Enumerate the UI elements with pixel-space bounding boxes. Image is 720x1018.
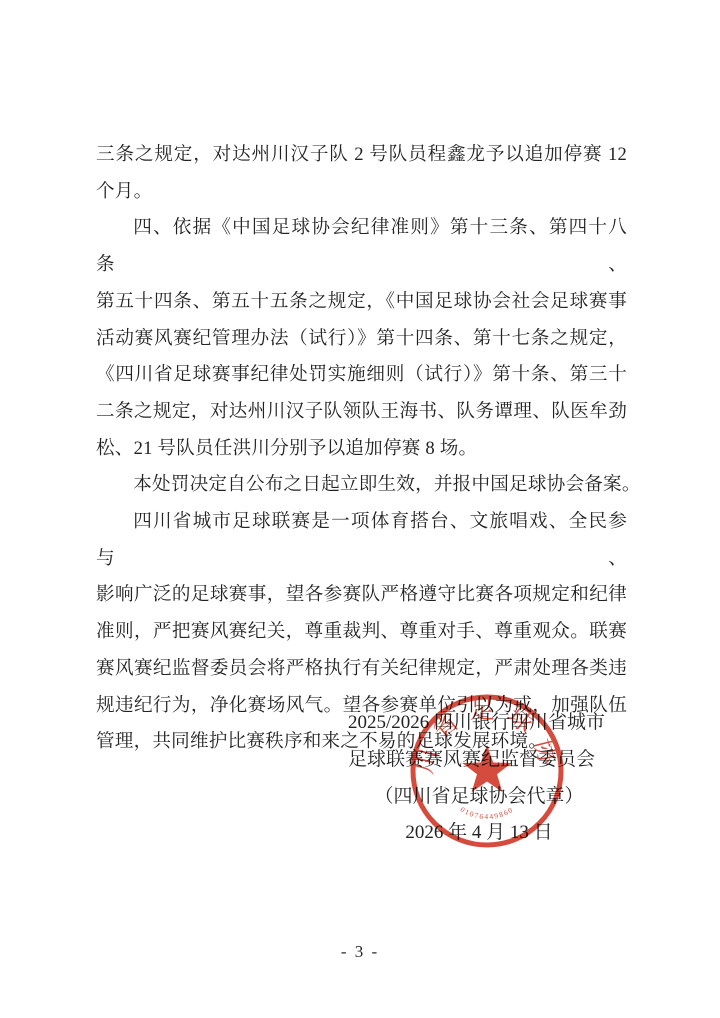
body-line: 二条之规定，对达州川汉子队领队王海书、队务谭理、队医牟劲: [96, 394, 627, 431]
signature-org-line-2: 足球联赛赛风赛纪监督委员会: [348, 742, 610, 779]
body-line: 四、依据《中国足球协会纪律准则》第十三条、第四十八条、: [96, 210, 627, 283]
body-line: 个月。: [96, 174, 627, 211]
body-line: 三条之规定，对达州川汉子队 2 号队员程鑫龙予以追加停赛 12: [96, 137, 627, 174]
document-body: 三条之规定，对达州川汉子队 2 号队员程鑫龙予以追加停赛 12 个月。 四、依据…: [96, 137, 627, 761]
body-line: 本处罚决定自公布之日起立即生效，并报中国足球协会备案。: [96, 467, 627, 504]
signature-block: 2025/2026 四川银行四川省城市 足球联赛赛风赛纪监督委员会 （四川省足球…: [348, 705, 610, 852]
body-line: 《四川省足球赛事纪律处罚实施细则（试行）》第十条、第三十: [96, 357, 627, 394]
body-line: 准则，严把赛风赛纪关，尊重裁判、尊重对手、尊重观众。联赛: [96, 614, 627, 651]
body-line: 松、21 号队员任洪川分别予以追加停赛 8 场。: [96, 431, 627, 468]
body-line: 赛风赛纪监督委员会将严格执行有关纪律规定，严肃处理各类违: [96, 651, 627, 688]
signature-date: 2026 年 4 月 13 日: [348, 815, 610, 852]
body-line: 第五十四条、第五十五条之规定，《中国足球协会社会足球赛事: [96, 284, 627, 321]
signature-org-line-1: 2025/2026 四川银行四川省城市: [348, 705, 610, 742]
signature-proxy-note: （四川省足球协会代章）: [348, 779, 610, 816]
body-line: 四川省城市足球联赛是一项体育搭台、文旅唱戏、全民参与、: [96, 504, 627, 577]
page-number: - 3 -: [0, 942, 720, 962]
document-page: 三条之规定，对达州川汉子队 2 号队员程鑫龙予以追加停赛 12 个月。 四、依据…: [0, 0, 720, 1018]
body-line: 影响广泛的足球赛事，望各参赛队严格遵守比赛各项规定和纪律: [96, 577, 627, 614]
body-line: 活动赛风赛纪管理办法（试行）》第十四条、第十七条之规定，: [96, 321, 627, 358]
